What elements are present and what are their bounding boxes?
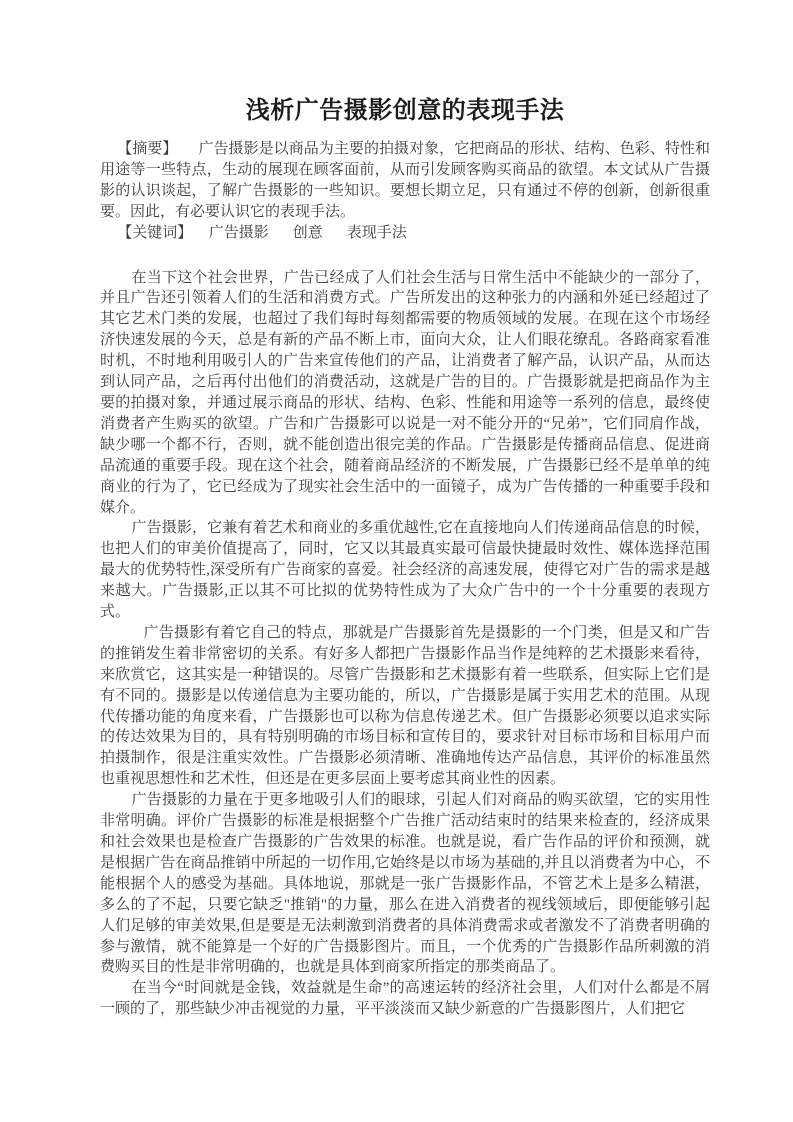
body-paragraph-3: 广告摄影有着它自己的特点，那就是广告摄影首先是摄影的一个门类，但是又和广告的推销… [100, 623, 710, 790]
document-content: 浅析广告摄影创意的表现手法 【摘要】广告摄影是以商品为主要的拍摄对象，它把商品的… [100, 96, 710, 1020]
body-paragraph-5: 在当今“时间就是金钱，效益就是生命”的高速运转的经济社会里，人们对什么都是不屑一… [100, 978, 710, 1020]
document-page: 浅析广告摄影创意的表现手法 【摘要】广告摄影是以商品为主要的拍摄对象，它把商品的… [0, 0, 793, 1122]
body-paragraph-4: 广告摄影的力量在于更多地吸引人们的眼球，引起人们对商品的购买欲望，它的实用性非常… [100, 790, 710, 978]
document-body: 在当下这个社会世界，广告已经成了人们社会生活与日常生活中不能缺少的一部分了，并且… [100, 268, 710, 1021]
body-paragraph-1: 在当下这个社会世界，广告已经成了人们社会生活与日常生活中不能缺少的一部分了，并且… [100, 268, 710, 519]
body-paragraph-2: 广告摄影，它兼有着艺术和商业的多重优越性,它在直接地向人们传递商品信息的时候，也… [100, 518, 710, 623]
keywords-label: 【关键词】 [117, 225, 192, 241]
keyword-item: 表现手法 [347, 225, 407, 241]
abstract-text: 广告摄影是以商品为主要的拍摄对象，它把商品的形状、结构、色彩、特性和用途等一些特… [100, 141, 710, 220]
keywords-line: 【关键词】广告摄影创意表现手法 [100, 223, 710, 244]
page-title: 浅析广告摄影创意的表现手法 [100, 96, 710, 126]
abstract: 【摘要】广告摄影是以商品为主要的拍摄对象，它把商品的形状、结构、色彩、特性和用途… [100, 139, 710, 223]
keyword-item: 广告摄影 [209, 225, 269, 241]
abstract-label: 【摘要】 [117, 141, 177, 157]
keyword-item: 创意 [293, 225, 323, 241]
